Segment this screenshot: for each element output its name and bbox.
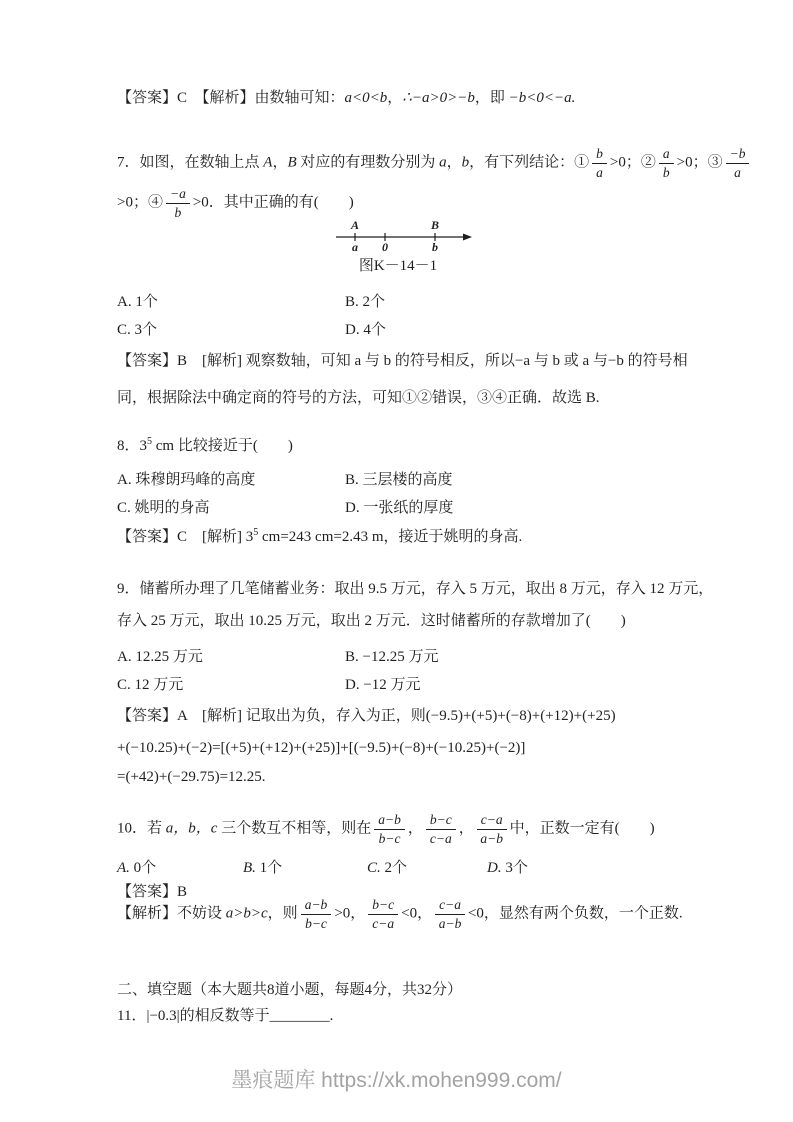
fraction-numerator: a — [659, 146, 674, 164]
figure-caption: 图K－14－1 — [117, 256, 679, 276]
text-run: ， — [272, 154, 287, 170]
text-run: ， — [459, 820, 474, 836]
question-8: 8．35 cm 比较接近于( ) — [117, 436, 293, 456]
fraction-denominator: b−c — [374, 830, 405, 847]
fraction-denominator: a−b — [435, 915, 465, 932]
text-run: >0；④ — [117, 194, 163, 210]
fraction-denominator: b — [659, 164, 674, 181]
text-run: 中，正数一定有( ) — [510, 820, 655, 836]
fraction-bc-over-ca: b−cc−a — [426, 812, 456, 846]
text-run: ，有下列结论：① — [469, 154, 589, 170]
option-B: B. 1个 — [243, 858, 367, 878]
fraction-a-over-b: ab — [659, 146, 674, 180]
fraction-numerator: c−a — [435, 897, 465, 915]
option-C: C. 2个 — [367, 858, 487, 878]
document-page: 【答案】C 【解析】由数轴可知：a<0<b，∴−a>0>−b，即 −b<0<−a… — [0, 0, 793, 1122]
answer-9-line-3: =(+42)+(−29.75)=12.25. — [117, 767, 266, 787]
option-A: A. 1个 — [117, 292, 345, 312]
text-run: 10．若 — [117, 820, 166, 836]
fraction-numerator: a−b — [374, 812, 405, 830]
answer-10-analysis: 【解析】不妨设 a>b>c，则a−bb−c>0，b−cc−a<0，c−aa−b<… — [117, 897, 683, 931]
question-7-line-2: >0；④−ab>0．其中正确的有( ) — [117, 186, 354, 220]
math-run: ∴−a>0>−b — [402, 90, 475, 106]
fraction-numerator: b−c — [368, 897, 398, 915]
text-run: 7．如图，在数轴上点 — [117, 154, 263, 170]
option-text: 1个 — [260, 860, 283, 876]
fraction-bc-over-ca: b−cc−a — [368, 897, 398, 931]
option-C: C. 12 万元 — [117, 675, 345, 695]
option-D: D. −12 万元 — [345, 675, 421, 695]
number-line-svg: A B a 0 b — [333, 216, 473, 254]
site-footer: 墨痕题库 https://xk.mohen999.com/ — [0, 1064, 793, 1094]
fraction-neg-a-over-b: −ab — [166, 186, 190, 220]
text-run: >0；③ — [677, 154, 723, 170]
origin-label: 0 — [382, 240, 388, 254]
fraction-denominator: c−a — [426, 830, 456, 847]
fraction-numerator: b — [592, 146, 607, 164]
option-B: B. −12.25 万元 — [345, 647, 438, 667]
question-7-options-row-2: C. 3个 D. 4个 — [117, 320, 386, 340]
text-run: 对应的有理数分别为 — [297, 154, 440, 170]
option-C: C. 姚明的身高 — [117, 498, 345, 518]
number-line-figure: A B a 0 b — [333, 216, 473, 260]
answer-7-line-1: 【答案】B [解析] 观察数轴，可知 a 与 b 的符号相反，所以−a 与 b … — [117, 351, 688, 371]
text-run: ，即 — [475, 90, 509, 106]
math-run: B — [287, 154, 296, 170]
math-run: a，b，c — [166, 820, 218, 836]
answer-9-line-1: 【答案】A [解析] 记取出为负，存入为正，则(−9.5)+(+5)+(−8)+… — [117, 706, 616, 726]
option-letter: C. — [367, 860, 381, 876]
question-9-line-2: 存入 25 万元，取出 10.25 万元，取出 2 万元．这时储蓄所的存款增加了… — [117, 611, 626, 631]
text-run: cm 比较接近于( ) — [152, 438, 293, 454]
option-D: D. 一张纸的厚度 — [345, 498, 453, 518]
question-11: 11．|−0.3|的相反数等于________. — [117, 1006, 333, 1026]
option-D: D. 4个 — [345, 320, 386, 340]
fraction-denominator: b−c — [301, 915, 332, 932]
question-10: 10．若 a，b，c 三个数互不相等，则在a−bb−c，b−cc−a，c−aa−… — [117, 812, 655, 846]
fraction-numerator: −a — [166, 186, 190, 204]
section-2-header: 二、填空题（本大题共8道小题，每题4分，共32分） — [117, 980, 462, 1000]
text-run: 8．3 — [117, 438, 147, 454]
text-run: cm=243 cm=2.43 m，接近于姚明的身高. — [258, 529, 522, 545]
fraction-denominator: a−b — [477, 830, 507, 847]
option-A: A. 12.25 万元 — [117, 647, 345, 667]
text-run: >0；② — [610, 154, 656, 170]
value-a-label: a — [352, 240, 358, 254]
fraction-denominator: a — [726, 164, 750, 181]
fraction-ca-over-ab: c−aa−b — [477, 812, 507, 846]
fraction-numerator: c−a — [477, 812, 507, 830]
point-A-label: A — [350, 218, 359, 232]
question-10-options-row: A. 0个 B. 1个 C. 2个 D. 3个 — [117, 858, 528, 878]
text-run: ， — [447, 154, 462, 170]
text-run: <0， — [401, 905, 432, 921]
option-letter: A. — [117, 860, 130, 876]
fraction-denominator: b — [166, 204, 190, 221]
point-B-label: B — [430, 218, 439, 232]
text-run: 三个数互不相等，则在 — [217, 820, 371, 836]
option-A: A. 珠穆朗玛峰的高度 — [117, 470, 345, 490]
question-7-options-row-1: A. 1个 B. 2个 — [117, 292, 385, 312]
fraction-denominator: c−a — [368, 915, 398, 932]
answer-9-line-2: +(−10.25)+(−2)=[(+5)+(+12)+(+25)]+[(−9.5… — [117, 738, 525, 758]
axis-arrow-icon — [463, 234, 472, 241]
answer-8: 【答案】C [解析] 35 cm=243 cm=2.43 m，接近于姚明的身高. — [117, 527, 522, 547]
math-run: a>b>c — [226, 905, 268, 921]
answer-6-label: 【答案】C 【解析】由数轴可知： — [117, 90, 345, 106]
option-text: 3个 — [505, 860, 528, 876]
text-run: ， — [408, 820, 423, 836]
question-9-line-1: 9．储蓄所办理了几笔储蓄业务：取出 9.5 万元，存入 5 万元，取出 8 万元… — [117, 579, 713, 599]
answer-7-line-2: 同，根据除法中确定商的符号的方法，可知①②错误，③④正确．故选 B. — [117, 388, 600, 408]
fraction-neg-b-over-a: −ba — [726, 146, 750, 180]
text-run: <0，显然有两个负数，一个正数. — [468, 905, 683, 921]
text-run: >0， — [334, 905, 365, 921]
fraction-denominator: a — [592, 164, 607, 181]
fraction-b-over-a: ba — [592, 146, 607, 180]
option-letter: D. — [487, 860, 502, 876]
text-run: ， — [387, 90, 402, 106]
answer-6: 【答案】C 【解析】由数轴可知：a<0<b，∴−a>0>−b，即 −b<0<−a… — [117, 88, 575, 108]
question-9-options-row-2: C. 12 万元 D. −12 万元 — [117, 675, 421, 695]
option-text: 2个 — [385, 860, 408, 876]
math-run: a — [439, 154, 447, 170]
question-9-options-row-1: A. 12.25 万元 B. −12.25 万元 — [117, 647, 438, 667]
fraction-numerator: b−c — [426, 812, 456, 830]
fraction-numerator: −b — [726, 146, 750, 164]
option-text: 0个 — [134, 860, 157, 876]
fraction-numerator: a−b — [301, 897, 332, 915]
option-B: B. 2个 — [345, 292, 385, 312]
option-B: B. 三层楼的高度 — [345, 470, 453, 490]
option-letter: B. — [243, 860, 256, 876]
option-C: C. 3个 — [117, 320, 345, 340]
option-A: A. 0个 — [117, 858, 243, 878]
fraction-ab-over-bc: a−bb−c — [301, 897, 332, 931]
math-run: a<0<b — [345, 90, 388, 106]
question-8-options-row-1: A. 珠穆朗玛峰的高度 B. 三层楼的高度 — [117, 470, 453, 490]
text-run: >0．其中正确的有( ) — [193, 194, 354, 210]
math-run: −b<0<−a. — [509, 90, 576, 106]
fraction-ca-over-ab: c−aa−b — [435, 897, 465, 931]
fraction-ab-over-bc: a−bb−c — [374, 812, 405, 846]
value-b-label: b — [432, 240, 438, 254]
question-8-options-row-2: C. 姚明的身高 D. 一张纸的厚度 — [117, 498, 453, 518]
text-run: 【答案】C [解析] 3 — [117, 529, 253, 545]
text-run: 【解析】不妨设 — [117, 905, 226, 921]
question-7-line-1: 7．如图，在数轴上点 A，B 对应的有理数分别为 a，b，有下列结论：①ba>0… — [117, 146, 752, 180]
text-run: ，则 — [268, 905, 298, 921]
option-D: D. 3个 — [487, 858, 528, 878]
